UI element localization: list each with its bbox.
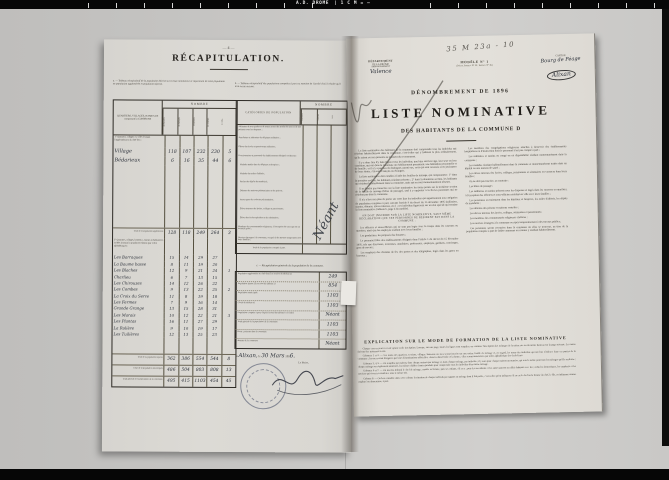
instructions-left-column: La liste nominative des habitants de la …	[354, 147, 458, 259]
instruction-paragraph: Les membres des congrégations religieuse…	[464, 145, 566, 154]
intro-b: b. — Tableau récapitulatif des populatio…	[235, 82, 341, 89]
section-2-label-row: 2° Quartiers, villages, hameaux, fermes …	[113, 239, 236, 256]
table-a-header: QUARTIERS, VILLAGES, HAMEAUX composant l…	[114, 100, 237, 136]
column-label: d'hommes	[192, 109, 207, 135]
instruction-paragraph: Le personnel libre des établissements dé…	[356, 238, 458, 250]
column-label: hommes	[301, 109, 316, 124]
section-c-title: c. — Récapitulation générale de la popul…	[235, 264, 345, 268]
recap-row: Population municipale 1103	[236, 291, 346, 301]
instruction-paragraph: Ces personnes seront recensées dans la c…	[466, 225, 568, 234]
instruction-paragraph: Les personnes en traitement dans les hôp…	[465, 197, 567, 206]
instructions-columns: La liste nominative des habitants de la …	[354, 145, 568, 260]
section-c-table: Population agglomérée au chef-lieu (1re …	[234, 271, 346, 350]
category-row: Aumôniers et infirmiers des hôpitaux mil…	[237, 137, 303, 140]
category-row: Membres des communautés religieuses, à l…	[236, 226, 302, 231]
instructions-right-column: Les membres des congrégations religieuse…	[464, 145, 568, 257]
recap-row: Population éparse (2e section du tableau…	[236, 282, 346, 292]
instruction-paragraph: Il n'y a lieu non plus de porter sur cet…	[355, 197, 457, 212]
scale-ruler: A.D. DROME | 1 C M = —	[0, 0, 669, 9]
category-row: – Jeunes gens des colonies pénitentiaire…	[236, 199, 302, 202]
table-a-population: QUARTIERS, VILLAGES, HAMEAUX composant l…	[111, 99, 238, 388]
instruction-paragraph: La liste nominative doit s'établir à l'a…	[355, 174, 457, 186]
table-b-comptee-a-part: CATÉGORIES DE POPULATION NOMBRE hommesfe…	[235, 100, 348, 255]
instruction-paragraph: Les militaires et marins présents sous l…	[465, 188, 567, 197]
archive-photo: A.D. DROME | 1 C M = — — 4 — RÉCAPITULAT…	[0, 0, 669, 480]
recap-row: Dont : présents dans la commune 1103	[236, 330, 346, 340]
instructions-subhead: ON DOIT INSCRIRE SUR LA LISTE NOMINATIVE…	[356, 212, 458, 224]
table-rule	[302, 125, 304, 243]
column-label: total	[331, 110, 346, 125]
instruction-paragraph: Les officiers et sous-officiers qui ne s…	[356, 224, 458, 233]
category-row: – Malades traités dans les hôpitaux et h…	[236, 164, 302, 167]
intro-a: a. — Tableau récapitulatif de la populat…	[113, 79, 225, 86]
title-rule	[210, 69, 248, 70]
recap-row: Population agglomérée au chef-lieu (1re …	[236, 272, 346, 282]
column-label: femmes	[316, 109, 331, 124]
explication-paragraphs: Chaque case ne peut recevoir qu'une seul…	[358, 343, 577, 385]
column-label: TOTAL	[222, 109, 237, 135]
instruction-paragraph: Il ne faudra pas transcrire sur la liste…	[355, 185, 457, 197]
column-label: de ménages	[177, 109, 192, 135]
paper-slip	[341, 281, 357, 306]
category-row: Fonctionnaires et personnel des établiss…	[236, 155, 302, 158]
liste-nominative-page: 35 M 23a - 10 DÉPARTEMENT DE LA DRÔME AR…	[346, 33, 603, 416]
recap-row: Total général de la population de la com…	[236, 320, 346, 330]
neant-annotation: Néant	[310, 200, 342, 243]
canton-block: CANTON Bourg de Péage Alixan	[530, 54, 591, 82]
mayor-signature-icon	[267, 363, 345, 397]
category-row: Militaires de tous grades et de toutes a…	[237, 126, 303, 131]
table-a-header-left: QUARTIERS, VILLAGES, HAMEAUX composant l…	[114, 100, 163, 134]
nombre-header: NOMBRE	[301, 101, 347, 109]
recap-row: (Total du tableau a) 1103	[236, 301, 346, 311]
category-row: Élèves des écoles et pensionnats militai…	[237, 146, 303, 149]
archive-reference-annotation: 35 M 23a - 10	[446, 40, 515, 53]
table-filler	[113, 165, 236, 228]
title-divider	[446, 140, 476, 142]
instruction-paragraph: Il y a donc lieu d'y faire figurer tous …	[355, 159, 457, 174]
signature-line: à Alixan, le 30 Mars 1896.	[236, 353, 348, 360]
instruction-paragraph: Les élèves internes des lycées, collèges…	[465, 170, 567, 179]
photo-bottom-border	[0, 469, 669, 480]
category-row: – Malades des asiles d'aliénés ;	[236, 173, 302, 176]
archive-name-label: A.D. DROME	[296, 1, 329, 6]
table-b-header-left: CATÉGORIES DE POPULATION	[237, 101, 302, 124]
signature-date: 30 Mars	[261, 353, 284, 359]
liste-nominative-title: LISTE NOMINATIVE	[347, 102, 573, 123]
total-agglomeree-row: Total de la population agglomérée 128 11…	[113, 228, 236, 240]
recapitulation-title: RÉCAPITULATION.	[104, 53, 353, 64]
total-row: Total de la population municipale 486504…	[112, 364, 235, 376]
total-row: Total de la population éparse 362386 554…	[112, 353, 235, 365]
instruction-paragraph: Les malades résidant habituellement dans…	[465, 162, 567, 171]
ruler-ticks-right	[430, 3, 662, 8]
total-row: Total général de la population de la com…	[112, 375, 235, 387]
commune-value: Alixan	[546, 69, 576, 82]
category-row: – Élèves des écoles spéciales et des sém…	[236, 217, 302, 220]
ruler-ticks-left	[88, 3, 314, 8]
instruction-paragraph: La liste nominative des habitants de la …	[354, 147, 456, 159]
column-label: de maisons	[163, 109, 178, 135]
category-row: – Détenus des maisons pénitentiaires et …	[236, 190, 302, 193]
instruction-paragraph: Les militaires et marins en congé ou en …	[465, 153, 567, 162]
column-label: de femmes	[207, 109, 222, 135]
category-row: – Reclus des dépôts de mendicité ;	[236, 182, 302, 185]
table-b-header: CATÉGORIES DE POPULATION NOMBRE hommesfe…	[237, 101, 347, 126]
instruction-paragraph: Les employés des chemins de fer, des pos…	[357, 249, 459, 258]
table-b-total-row: Total de la population comptée à part.	[236, 243, 346, 254]
recap-row: Population comptée à part, d'après le to…	[236, 311, 346, 321]
recap-row: absents de la commune Néant	[235, 339, 345, 348]
category-row: – Élèves internes des lycées, collèges e…	[236, 208, 302, 211]
scale-label: | 1 C M = —	[334, 1, 370, 6]
category-row: Ouvriers étrangers à la commune, occupés…	[236, 237, 302, 242]
recapitulation-page: — 4 — RÉCAPITULATION. a. — Tableau récap…	[102, 39, 353, 452]
page-number: — 4 —	[104, 44, 353, 50]
signature-place: Alixan,	[239, 353, 258, 359]
backdrop-edge-strip	[662, 9, 669, 446]
modele-block: MODÈLE N° 1 (Décret, Instruct. N° 30 ; I…	[419, 59, 531, 68]
table-filler	[112, 338, 235, 354]
table-b-body: Néant Militaires de tous grades et de to…	[236, 125, 347, 244]
section-1-label-row: 1° Quartiers, villages ou villes formant…	[114, 135, 237, 148]
